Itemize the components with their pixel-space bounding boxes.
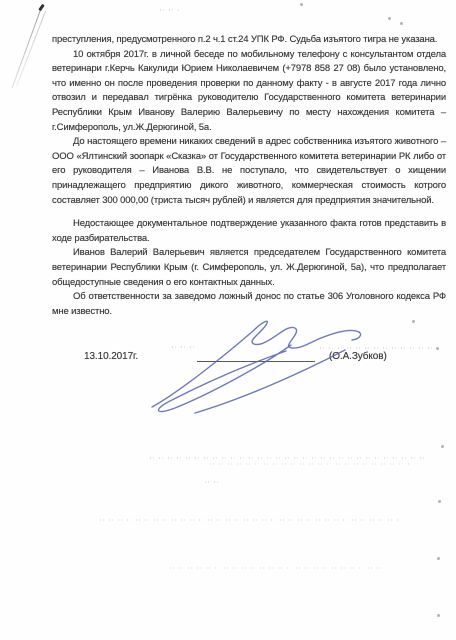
document-body: преступления, предусмотренного п.2 ч.1 с… bbox=[52, 33, 446, 319]
scan-smudge bbox=[100, 519, 400, 521]
scan-speck bbox=[400, 22, 403, 25]
document-date: 13.10.2017г. bbox=[84, 351, 138, 362]
paragraph-missing-documents: Недостающее документальное подтверждение… bbox=[52, 217, 446, 246]
paragraph-ivanov-position: Иванов Валерий Валерьевич является предс… bbox=[52, 246, 446, 290]
scan-speck bbox=[412, 320, 415, 323]
scan-smudge bbox=[205, 481, 221, 483]
paragraph-phone-call: 10 октября 2017г. в личной беседе по моб… bbox=[52, 48, 446, 136]
scan-speck bbox=[437, 557, 440, 560]
scan-speck bbox=[436, 347, 439, 350]
scan-speck bbox=[388, 17, 391, 20]
handwritten-signature bbox=[143, 315, 365, 417]
scan-smudge bbox=[210, 463, 410, 465]
scan-smudge bbox=[150, 457, 425, 459]
scanned-document-page: преступления, предусмотренного п.2 ч.1 с… bbox=[0, 0, 456, 640]
scan-speck bbox=[438, 500, 441, 503]
fold-crease-line-2 bbox=[16, 11, 46, 86]
paragraph-continuation: преступления, предусмотренного п.2 ч.1 с… bbox=[52, 33, 446, 48]
scan-smudge bbox=[170, 567, 385, 569]
scan-smudge bbox=[160, 9, 180, 11]
scan-speck bbox=[441, 445, 444, 448]
pen-tick-mark bbox=[38, 4, 44, 11]
fold-crease-line bbox=[12, 7, 42, 88]
scan-speck bbox=[300, 3, 303, 6]
paragraph-no-information: До настоящего времени никаких сведений в… bbox=[52, 135, 446, 208]
scan-speck bbox=[437, 614, 440, 617]
signature-stroke-hook bbox=[352, 332, 361, 340]
